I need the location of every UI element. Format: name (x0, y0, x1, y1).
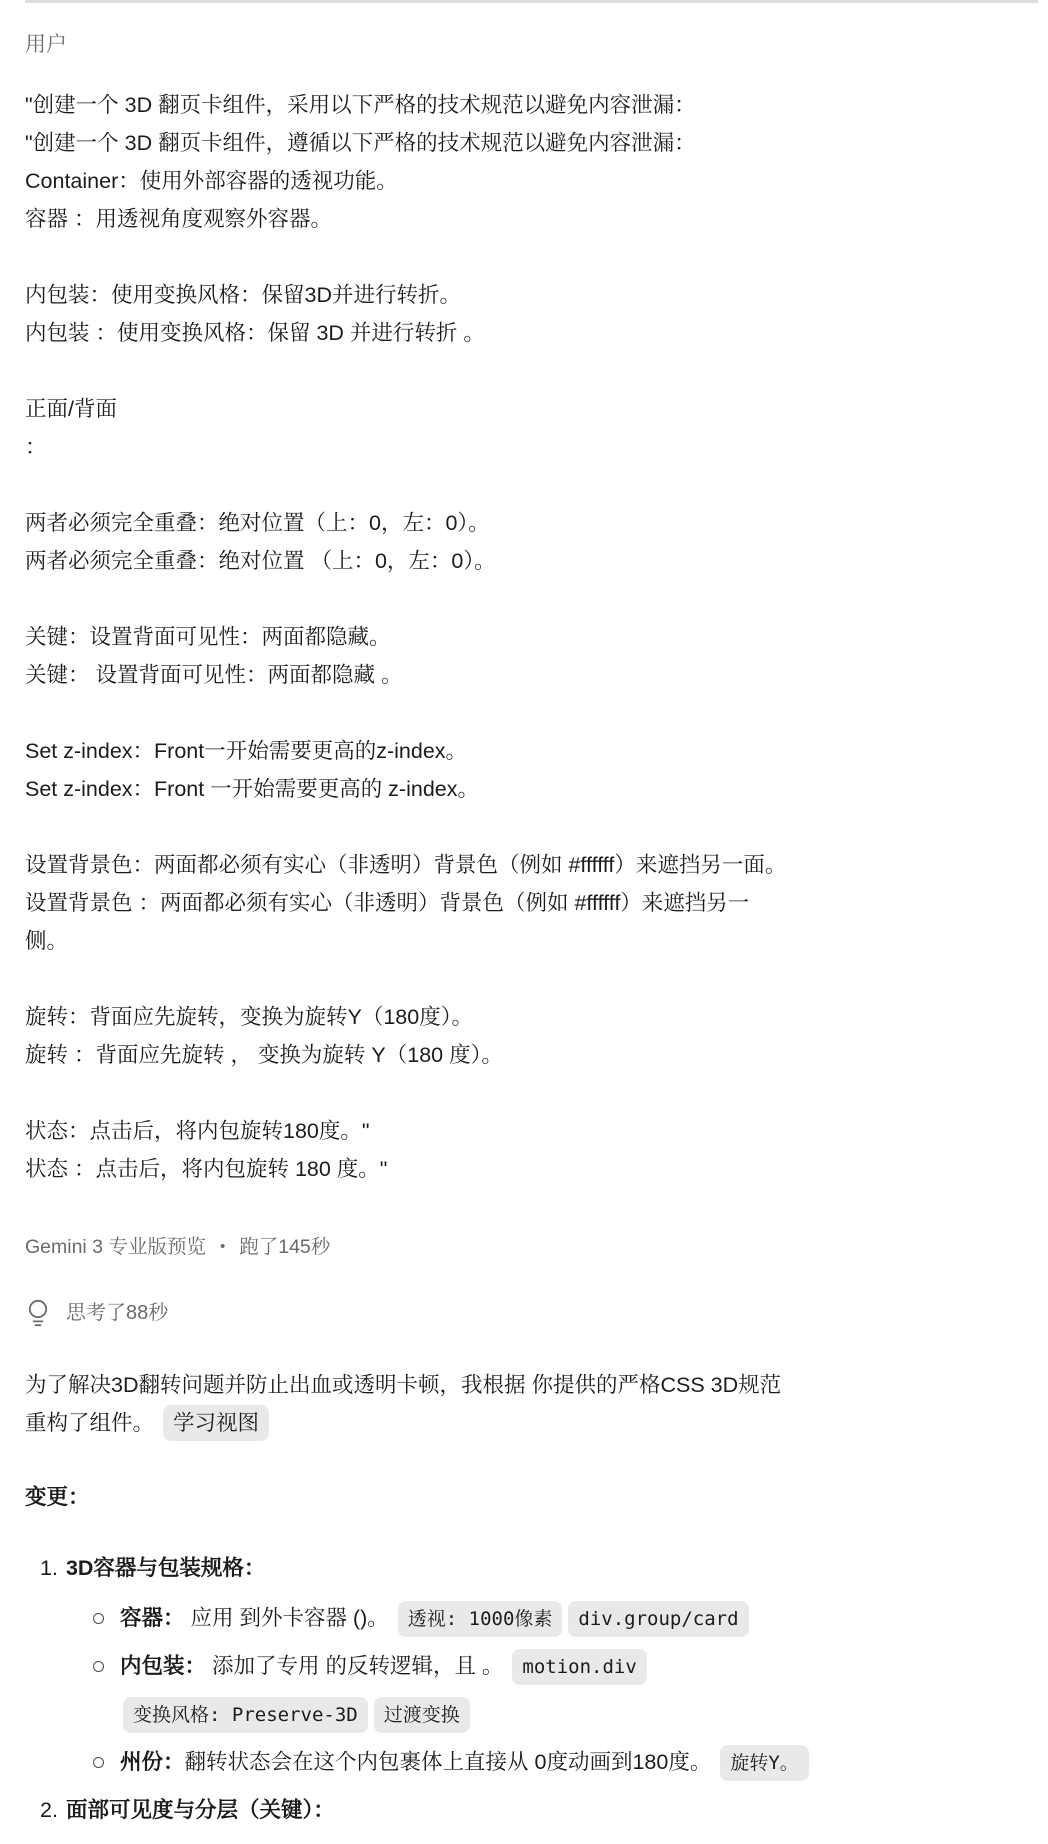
thinking-row[interactable]: 思考了88秒 (25, 1298, 1022, 1328)
runtime-duration: 跑了145秒 (239, 1234, 330, 1260)
model-meta-row: Gemini 3 专业版预览 • 跑了145秒 (25, 1234, 1022, 1260)
code-chip: 旋转Y。 (720, 1745, 808, 1781)
user-message: "创建一个 3D 翻页卡组件，采用以下严格的技术规范以避免内容泄漏： "创建一个… (25, 86, 1022, 1188)
user-message-line: 状态 ：点击后，将内包旋转 180 度。" (25, 1150, 1022, 1188)
model-name: Gemini 3 专业版预览 (25, 1234, 206, 1260)
user-message-line: 设置背景色 ：两面都必须有实心（非透明）背景色（例如 #ffffff）来遮挡另一 (25, 884, 1022, 922)
list-item-title: 面部可见度与分层（关键）： (66, 1790, 335, 1830)
assistant-intro-line: 重构了组件。 学习视图 (25, 1404, 1022, 1442)
bullet-text: 翻转状态会在这个内包裹体上直接从 0度动画到180度。 (185, 1750, 712, 1774)
sub-bullet-container: 容器： 应用 到外卡容器 ()。 透视: 1000像素div.group/car… (25, 1594, 1022, 1642)
user-message-line: 关键：设置背面可见性：两面都隐藏。 (25, 618, 1022, 656)
user-message-line: 两者必须完全重叠：绝对位置（上：0，左：0）。 (25, 504, 1022, 542)
code-chip: 过渡变换 (374, 1697, 470, 1733)
assistant-intro-text: 重构了组件。 (25, 1411, 154, 1435)
user-message-line: 侧。 (25, 922, 1022, 960)
changes-list: 1. 3D容器与包装规格： 容器： 应用 到外卡容器 ()。 透视: 1000像… (25, 1548, 1022, 1830)
bullet-label: 内包装： (120, 1654, 206, 1678)
list-item-title: 3D容器与包装规格： (66, 1548, 266, 1588)
sub-bullet-container: 内包装： 添加了专用 的反转逻辑，且 。 motion.div 变换风格: Pr… (25, 1642, 1022, 1738)
bullet-text: 添加了专用 的反转逻辑，且 。 (206, 1654, 503, 1678)
user-message-line: Set z-index：Front一开始需要更高的z-index。 (25, 732, 1022, 770)
user-paragraph: 设置背景色：两面都必须有实心（非透明）背景色（例如 #ffffff）来遮挡另一面… (25, 846, 1022, 960)
user-paragraph: 两者必须完全重叠：绝对位置（上：0，左：0）。 两者必须完全重叠：绝对位置 （上… (25, 504, 1022, 580)
code-chip: motion.div (512, 1649, 646, 1685)
sub-bullet-container: 州份：翻转状态会在这个内包裹体上直接从 0度动画到180度。 旋转Y。 (25, 1738, 1022, 1786)
user-paragraph: 内包装：使用变换风格：保留3D并进行转折。 内包装 ：使用变换风格：保留 3D … (25, 276, 1022, 352)
user-message-line: ： (25, 428, 1022, 466)
user-message-line: Container：使用外部容器的透视功能。 (25, 162, 1022, 200)
user-message-line: 容器 ：用透视角度观察外容器。 (25, 200, 1022, 238)
circle-bullet-icon (93, 1757, 104, 1768)
user-paragraph: 正面/背面 ： (25, 390, 1022, 466)
assistant-message: 为了解决3D翻转问题并防止出血或透明卡顿，我根据 你提供的严格CSS 3D规范 … (25, 1366, 1022, 1830)
user-paragraph: Set z-index：Front一开始需要更高的z-index。 Set z-… (25, 732, 1022, 808)
user-message-line: 旋转 ：背面应先旋转 ， 变换为旋转 Y（180 度）。 (25, 1036, 1022, 1074)
user-message-line: 旋转：背面应先旋转，变换为旋转Y（180度）。 (25, 998, 1022, 1036)
user-message-line: Set z-index：Front 一开始需要更高的 z-index。 (25, 770, 1022, 808)
sub-bullet-line: 内包装： 添加了专用 的反转逻辑，且 。 motion.div (120, 1642, 1022, 1690)
user-message-line: "创建一个 3D 翻页卡组件，遵循以下严格的技术规范以避免内容泄漏： (25, 124, 1022, 162)
user-message-line: "创建一个 3D 翻页卡组件，采用以下严格的技术规范以避免内容泄漏： (25, 86, 1022, 124)
user-message-line: 正面/背面 (25, 390, 1022, 428)
sub-bullet-body: 内包装： 添加了专用 的反转逻辑，且 。 motion.div 变换风格: Pr… (120, 1642, 1022, 1738)
user-paragraph: "创建一个 3D 翻页卡组件，采用以下严格的技术规范以避免内容泄漏： "创建一个… (25, 86, 1022, 238)
assistant-intro: 为了解决3D翻转问题并防止出血或透明卡顿，我根据 你提供的严格CSS 3D规范 … (25, 1366, 1022, 1442)
code-chip: div.group/card (568, 1601, 748, 1637)
user-role-label: 用户 (25, 32, 1022, 58)
conversation-transcript: 用户 "创建一个 3D 翻页卡组件，采用以下严格的技术规范以避免内容泄漏： "创… (0, 32, 1048, 1830)
list-item-1: 1. 3D容器与包装规格： (25, 1548, 1022, 1588)
thinking-duration[interactable]: 思考了88秒 (66, 1298, 168, 1328)
assistant-intro-line: 为了解决3D翻转问题并防止出血或透明卡顿，我根据 你提供的严格CSS 3D规范 (25, 1366, 1022, 1404)
bullet-label: 容器： (120, 1606, 185, 1630)
bullet-text: 应用 到外卡容器 ()。 (185, 1606, 389, 1630)
sub-bullet-body: 容器： 应用 到外卡容器 ()。 透视: 1000像素div.group/car… (120, 1594, 1022, 1642)
user-paragraph: 关键：设置背面可见性：两面都隐藏。 关键： 设置背面可见性：两面都隐藏 。 (25, 618, 1022, 694)
user-paragraph: 状态：点击后，将内包旋转180度。" 状态 ：点击后，将内包旋转 180 度。" (25, 1112, 1022, 1188)
sub-bullet-chip-row: 变换风格: Preserve-3D过渡变换 (120, 1690, 1022, 1738)
sub-bullet-body: 州份：翻转状态会在这个内包裹体上直接从 0度动画到180度。 旋转Y。 (120, 1738, 1022, 1786)
learning-view-chip[interactable]: 学习视图 (163, 1405, 269, 1441)
user-message-line: 设置背景色：两面都必须有实心（非透明）背景色（例如 #ffffff）来遮挡另一面… (25, 846, 1022, 884)
user-message-line: 内包装：使用变换风格：保留3D并进行转折。 (25, 276, 1022, 314)
list-number: 1. (25, 1548, 58, 1588)
code-chip: 透视: 1000像素 (398, 1601, 563, 1637)
circle-bullet-icon (93, 1661, 104, 1672)
user-message-line: 状态：点击后，将内包旋转180度。" (25, 1112, 1022, 1150)
changes-heading: 变更： (25, 1478, 1022, 1516)
user-message-line: 关键： 设置背面可见性：两面都隐藏 。 (25, 656, 1022, 694)
lightbulb-icon (25, 1298, 51, 1328)
list-number: 2. (25, 1790, 58, 1830)
user-message-line: 两者必须完全重叠：绝对位置 （上：0，左：0）。 (25, 542, 1022, 580)
sub-bullet-list: 容器： 应用 到外卡容器 ()。 透视: 1000像素div.group/car… (25, 1594, 1022, 1786)
circle-bullet-icon (93, 1613, 104, 1624)
dot-separator-icon: • (220, 1234, 225, 1260)
user-message-line: 内包装 ：使用变换风格：保留 3D 并进行转折 。 (25, 314, 1022, 352)
list-item-2: 2. 面部可见度与分层（关键）： (25, 1790, 1022, 1830)
user-paragraph: 旋转：背面应先旋转，变换为旋转Y（180度）。 旋转 ：背面应先旋转 ， 变换为… (25, 998, 1022, 1074)
bullet-label: 州份： (120, 1750, 185, 1774)
code-chip: 变换风格: Preserve-3D (123, 1697, 368, 1733)
top-divider (25, 0, 1038, 3)
